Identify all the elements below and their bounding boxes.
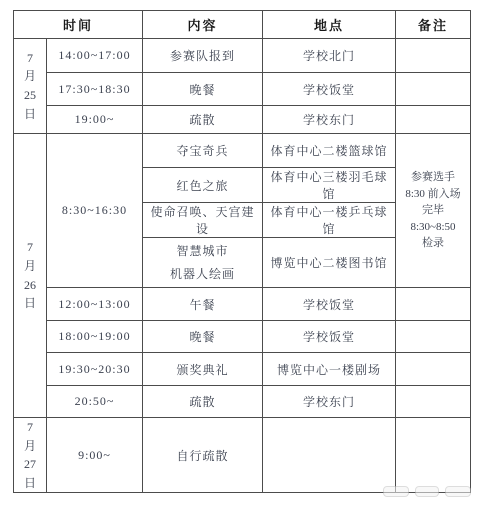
cell-content: 疏散 [143,106,263,134]
cell-time: 18:00~19:00 [47,321,143,353]
cell-content: 颁奖典礼 [143,353,263,386]
cell-time-morning: 8:30~16:30 [47,134,143,288]
cell-content: 使命召唤、天宫建设 [143,203,263,238]
cell-content: 晚餐 [143,321,263,353]
header-notes: 备注 [396,11,471,39]
table-row: 12:00~13:00 午餐 学校饭堂 [14,288,471,321]
cell-content: 智慧城市 机器人绘画 [143,238,263,288]
day-cell-jul25: 7 月 25 日 [14,39,47,134]
watermark [383,483,473,499]
cell-notes-empty [396,321,471,353]
watermark-shape [383,486,409,497]
header-row: 时间 内容 地点 备注 [14,11,471,39]
cell-content: 疏散 [143,386,263,418]
cell-place: 体育中心一楼乒乓球馆 [263,203,396,238]
cell-notes-empty [396,386,471,418]
cell-place: 博览中心二楼图书馆 [263,238,396,288]
cell-time: 14:00~17:00 [47,39,143,73]
table-row: 18:00~19:00 晚餐 学校饭堂 [14,321,471,353]
cell-place: 学校北门 [263,39,396,73]
cell-content: 晚餐 [143,73,263,106]
header-place: 地点 [263,11,396,39]
cell-time: 19:00~ [47,106,143,134]
cell-place: 学校饭堂 [263,288,396,321]
table-row: 20:50~ 疏散 学校东门 [14,386,471,418]
cell-place: 学校东门 [263,386,396,418]
watermark-shape [415,486,439,497]
cell-notes-checkin: 参赛选手 8:30 前入场 完毕 8:30~8:50 检录 [396,134,471,288]
table-row: 7 月 25 日 14:00~17:00 参赛队报到 学校北门 [14,39,471,73]
table-row: 7 月 27 日 9:00~ 自行疏散 [14,418,471,493]
cell-notes-empty [396,106,471,134]
table-row: 7 月 26 日 8:30~16:30 夺宝奇兵 体育中心二楼篮球馆 参赛选手 … [14,134,471,168]
watermark-shape [445,486,471,497]
cell-content: 参赛队报到 [143,39,263,73]
cell-place: 学校东门 [263,106,396,134]
cell-time: 20:50~ [47,386,143,418]
cell-content: 夺宝奇兵 [143,134,263,168]
cell-notes-empty [396,288,471,321]
cell-place: 学校饭堂 [263,321,396,353]
table-row: 19:00~ 疏散 学校东门 [14,106,471,134]
cell-notes-empty [396,39,471,73]
cell-time: 12:00~13:00 [47,288,143,321]
cell-time: 17:30~18:30 [47,73,143,106]
cell-notes-empty [396,73,471,106]
cell-place: 体育中心二楼篮球馆 [263,134,396,168]
table-row: 17:30~18:30 晚餐 学校饭堂 [14,73,471,106]
cell-place: 博览中心一楼剧场 [263,353,396,386]
day-cell-jul26: 7 月 26 日 [14,134,47,418]
cell-content: 红色之旅 [143,168,263,203]
table-row: 19:30~20:30 颁奖典礼 博览中心一楼剧场 [14,353,471,386]
schedule-table: 时间 内容 地点 备注 7 月 25 日 14:00~17:00 参赛队报到 学… [13,10,471,493]
cell-place-empty [263,418,396,493]
cell-content: 自行疏散 [143,418,263,493]
cell-time: 9:00~ [47,418,143,493]
cell-content: 午餐 [143,288,263,321]
cell-notes-empty [396,353,471,386]
header-content: 内容 [143,11,263,39]
cell-place: 体育中心三楼羽毛球馆 [263,168,396,203]
header-time: 时间 [14,11,143,39]
day-cell-jul27: 7 月 27 日 [14,418,47,493]
schedule-page: 时间 内容 地点 备注 7 月 25 日 14:00~17:00 参赛队报到 学… [0,0,481,507]
cell-time: 19:30~20:30 [47,353,143,386]
cell-place: 学校饭堂 [263,73,396,106]
cell-notes-empty [396,418,471,493]
